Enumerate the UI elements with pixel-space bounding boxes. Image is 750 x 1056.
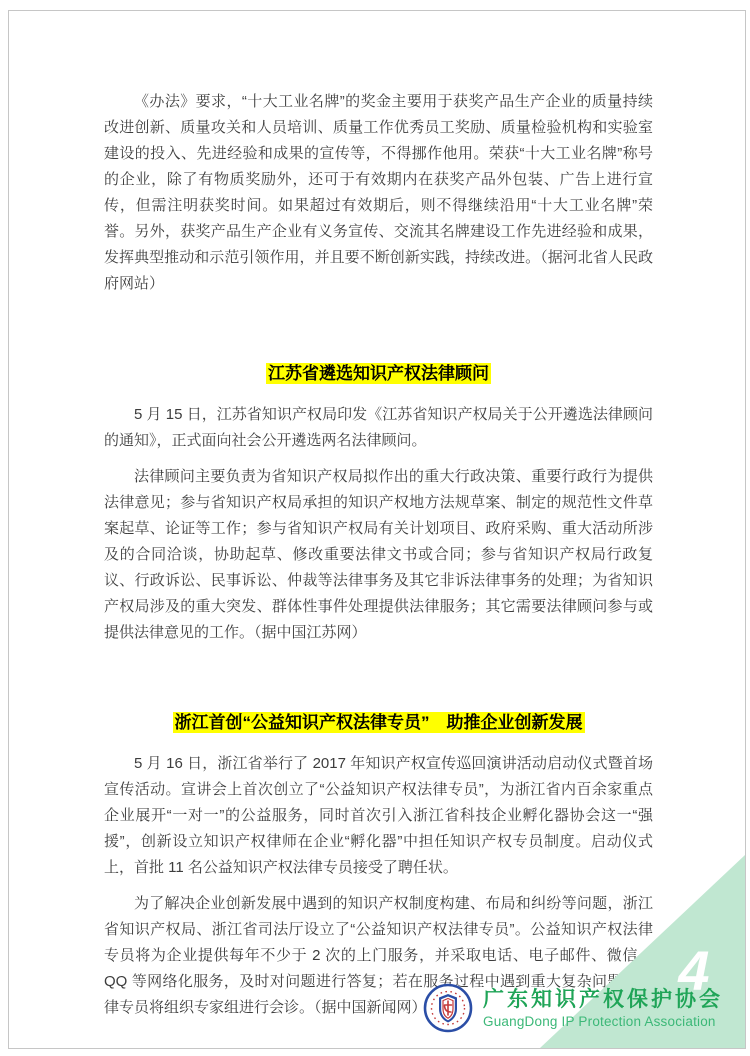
org-name-chinese: 广东知识产权保护协会	[483, 987, 723, 1013]
paragraph-hebei-industrial-brands: 《办法》要求，“十大工业名牌”的奖金主要用于获奖产品生产企业的质量持续改进创新、…	[104, 89, 653, 297]
screenshot-canvas: 《办法》要求，“十大工业名牌”的奖金主要用于获奖产品生产企业的质量持续改进创新、…	[0, 0, 750, 1056]
headline-highlight: 江苏省遴选知识产权法律顾问	[266, 363, 491, 384]
document-page: 《办法》要求，“十大工业名牌”的奖金主要用于获奖产品生产企业的质量持续改进创新、…	[8, 10, 746, 1049]
footer-brand: 广东知识产权保护协会 GuangDong IP Protection Assoc…	[423, 983, 723, 1033]
gdipa-emblem-icon	[423, 983, 473, 1033]
headline-highlight: 浙江首创“公益知识产权法律专员” 助推企业创新发展	[173, 712, 585, 733]
footer-org-names: 广东知识产权保护协会 GuangDong IP Protection Assoc…	[483, 987, 723, 1030]
org-name-english: GuangDong IP Protection Association	[483, 1013, 723, 1030]
paragraph-jiangsu-advisor-duties: 法律顾问主要负责为省知识产权局拟作出的重大行政决策、重要行政行为提供法律意见；参…	[104, 464, 653, 646]
headline-jiangsu-legal-advisors: 江苏省遴选知识产权法律顾问	[104, 363, 653, 385]
headline-zhejiang-ip-legal-commissioners: 浙江首创“公益知识产权法律专员” 助推企业创新发展	[104, 712, 653, 734]
page-content: 《办法》要求，“十大工业名牌”的奖金主要用于获奖产品生产企业的质量持续改进创新、…	[104, 89, 653, 1031]
paragraph-jiangsu-notice: 5 月 15 日，江苏省知识产权局印发《江苏省知识产权局关于公开遴选法律顾问的通…	[104, 402, 653, 454]
paragraph-zhejiang-launch: 5 月 16 日，浙江省举行了 2017 年知识产权宣传巡回演讲活动启动仪式暨首…	[104, 751, 653, 881]
